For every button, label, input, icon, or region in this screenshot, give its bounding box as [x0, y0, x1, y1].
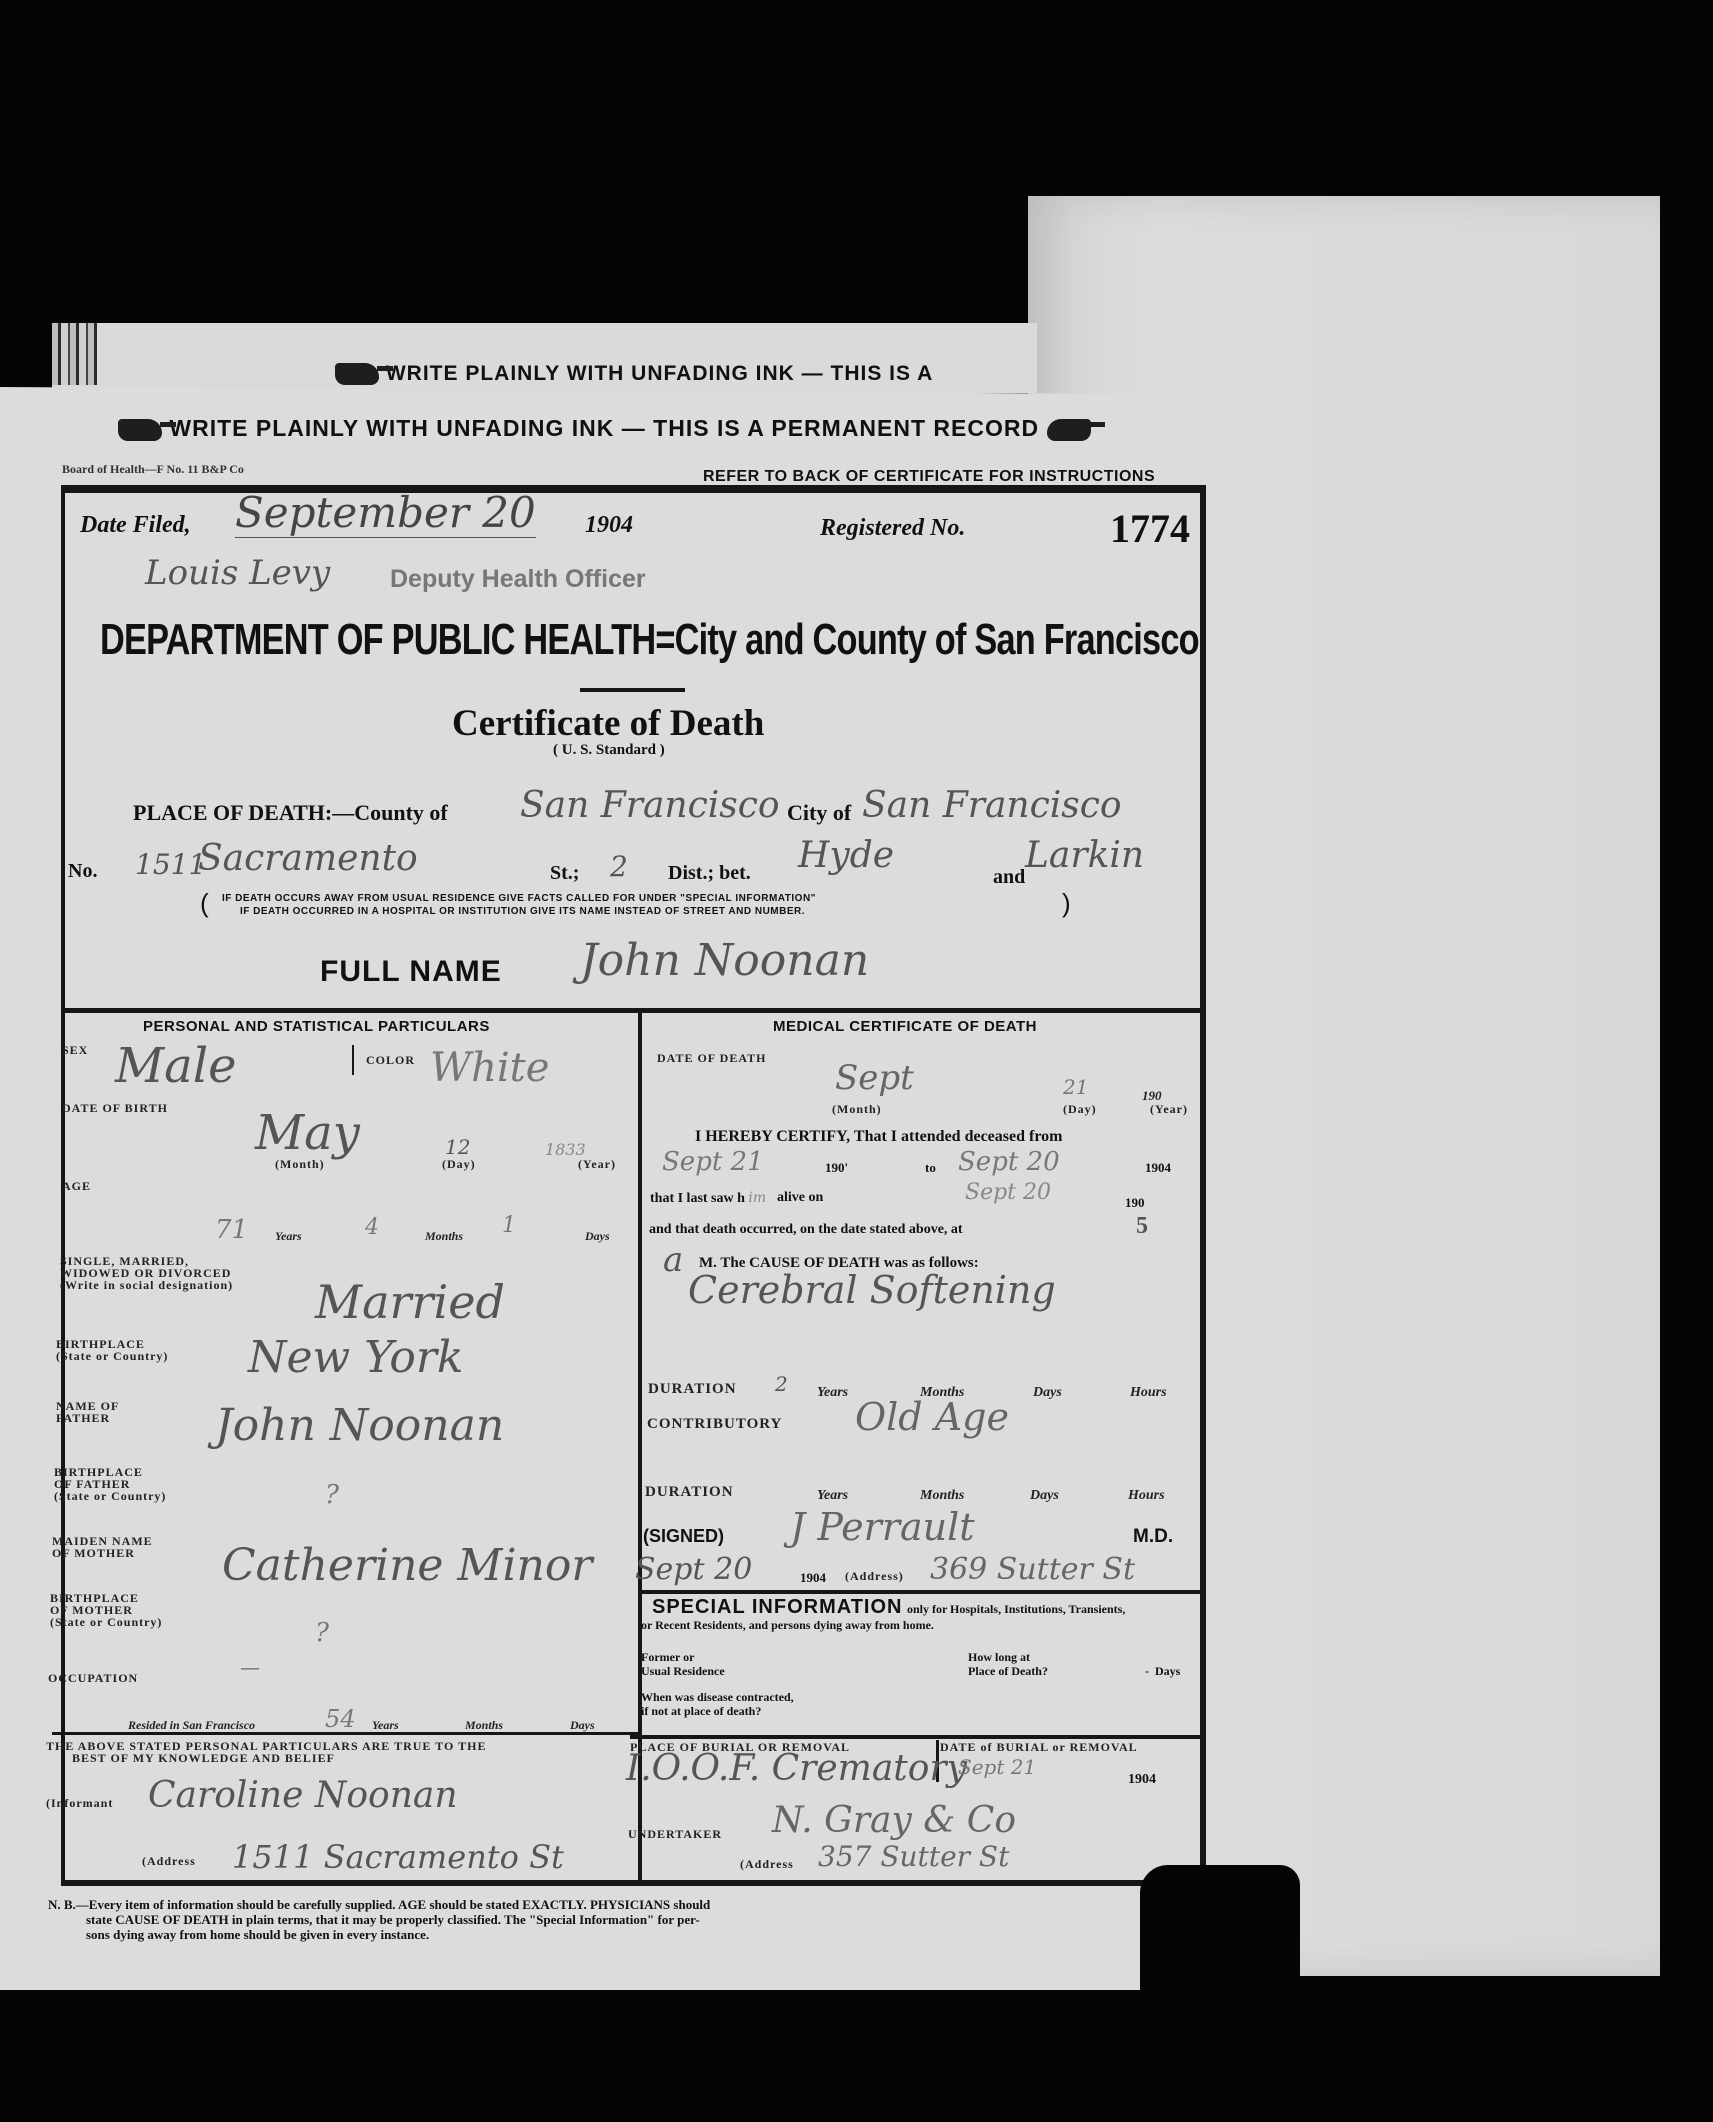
age-label: AGE: [62, 1180, 91, 1193]
attended-from: Sept 21: [662, 1147, 764, 1177]
pointing-hand-icon: [118, 419, 162, 441]
time-of-death: 5: [1136, 1213, 1148, 1240]
resided-label: Resided in San Francisco: [128, 1718, 255, 1733]
us-standard-label: ( U. S. Standard ): [553, 742, 665, 759]
resided-months-caption: Months: [465, 1718, 503, 1733]
dod-day-caption: (Day): [1063, 1103, 1097, 1116]
dob-day: 12: [445, 1135, 470, 1159]
occurred-text: and that death occurred, on the date sta…: [649, 1222, 963, 1238]
md-label: M.D.: [1133, 1526, 1173, 1548]
section-rule: [61, 1008, 1206, 1013]
informant-label: (Informant: [46, 1797, 113, 1810]
special-info-header: SPECIAL INFORMATION only for Hospitals, …: [652, 1596, 1125, 1619]
burial-date-label: DATE of BURIAL or REMOVAL: [940, 1741, 1138, 1754]
resided-days-caption: Days: [570, 1718, 595, 1733]
registered-no: 1774: [1110, 505, 1190, 552]
marital-value: Married: [315, 1275, 505, 1329]
cause-of-death: Cerebral Softening: [688, 1268, 1056, 1312]
duration2-label: DURATION: [645, 1486, 734, 1499]
dob-day-caption: (Day): [442, 1158, 476, 1171]
mother-name-label-2: OF MOTHER: [52, 1547, 135, 1560]
dob-year-caption: (Year): [578, 1158, 616, 1171]
pointing-hand-icon: [1047, 419, 1091, 441]
how-long-days-caption: Days: [1155, 1664, 1180, 1679]
date-filed-year: 1904: [585, 512, 633, 539]
duration2-years-caption: Years: [817, 1488, 848, 1504]
how-long-label-1: How long at: [968, 1650, 1030, 1665]
father-name-label-2: FATHER: [56, 1412, 110, 1425]
how-long-value: -: [1145, 1664, 1149, 1679]
form-right-border: [1200, 485, 1206, 1885]
physician-address: 369 Sutter St: [930, 1552, 1135, 1587]
signed-date: Sept 20: [635, 1552, 752, 1587]
form-top-border: [61, 485, 1206, 493]
permanent-record-banner: WRITE PLAINLY WITH UNFADING INK — THIS I…: [118, 415, 1091, 442]
contracted-label-2: if not at place of death?: [641, 1704, 761, 1719]
former-residence-label-1: Former or: [641, 1650, 694, 1665]
full-name-label: FULL NAME: [320, 955, 502, 989]
burial-rule: [630, 1735, 1203, 1739]
informant-rule: [52, 1732, 642, 1735]
date-filed-label: Date Filed,: [80, 512, 191, 539]
last-saw-date: Sept 20: [965, 1180, 1051, 1205]
physician-signature: J Perrault: [790, 1505, 975, 1549]
department-header: DEPARTMENT OF PUBLIC HEALTH=City and Cou…: [100, 615, 1199, 665]
last-saw-pronoun: im: [748, 1190, 766, 1206]
personal-section-title: PERSONAL AND STATISTICAL PARTICULARS: [143, 1018, 490, 1035]
county-value: San Francisco: [520, 785, 780, 826]
sex-label: SEX: [62, 1044, 88, 1057]
burial-place: I.O.O.F. Crematory: [626, 1748, 967, 1789]
footnote-line-2: state CAUSE OF DEATH in plain terms, tha…: [48, 1912, 710, 1927]
resided-years: 54: [325, 1705, 356, 1733]
contributory-label: CONTRIBUTORY: [647, 1418, 782, 1431]
street-value: Sacramento: [198, 838, 418, 879]
physician-address-label: (Address): [845, 1570, 904, 1583]
district-value: 2: [610, 850, 628, 883]
between-street-2: Larkin: [1025, 835, 1144, 876]
date-of-death-label: DATE OF DEATH: [657, 1052, 766, 1065]
duration2-months-caption: Months: [920, 1488, 964, 1504]
mother-name-value: Catherine Minor: [222, 1540, 592, 1591]
date-filed-value: September 20: [235, 488, 536, 538]
birthplace-label-2: (State or Country): [56, 1350, 168, 1363]
residence-note-line1: IF DEATH OCCURS AWAY FROM USUAL RESIDENC…: [222, 893, 816, 904]
undertaker-address: 357 Sutter St: [818, 1840, 1009, 1873]
duration-days-caption: Days: [1033, 1385, 1062, 1401]
sex-color-divider: [352, 1045, 354, 1075]
father-name-value: John Noonan: [215, 1400, 504, 1451]
refer-instructions-note: REFER TO BACK OF CERTIFICATE FOR INSTRUC…: [703, 468, 1155, 486]
resided-years-caption: Years: [372, 1718, 399, 1733]
date-of-death-month: Sept: [835, 1058, 914, 1098]
special-info-rule: [638, 1590, 1203, 1594]
age-years-caption: Years: [275, 1229, 302, 1244]
how-long-label-2: Place of Death?: [968, 1664, 1048, 1679]
informant-address-label: (Address: [142, 1855, 196, 1868]
dob-month-caption: (Month): [275, 1158, 325, 1171]
banner-text: WRITE PLAINLY WITH UNFADING INK — THIS I…: [169, 415, 1039, 441]
marital-label-3: (Write in social designation): [60, 1279, 233, 1292]
date-of-death-day: 21: [1063, 1075, 1088, 1099]
mother-birthplace-label-3: (State or Country): [50, 1616, 162, 1629]
special-info-subtitle-2: or Recent Residents, and persons dying a…: [641, 1618, 934, 1633]
street-suffix-label: St.;: [550, 862, 579, 885]
signed-year: 1904: [800, 1570, 826, 1586]
alive-on-label: alive on: [777, 1190, 823, 1206]
registered-no-label: Registered No.: [820, 515, 965, 542]
occupation-label: OCCUPATION: [48, 1672, 138, 1685]
place-of-death-label: PLACE OF DEATH:—County of: [133, 800, 448, 826]
duration-hours-caption: Hours: [1130, 1385, 1167, 1401]
dod-year-caption: (Year): [1150, 1103, 1188, 1116]
underlying-banner-text: WRITE PLAINLY WITH UNFADING INK — THIS I…: [386, 362, 933, 385]
health-officer-signature: Louis Levy: [145, 553, 330, 593]
pointing-hand-icon: [335, 363, 379, 385]
city-value: San Francisco: [862, 785, 1122, 826]
district-between-label: Dist.; bet.: [668, 862, 751, 885]
dob-month: May: [255, 1105, 360, 1161]
street-no-label: No.: [68, 860, 97, 883]
informant-name: Caroline Noonan: [148, 1775, 458, 1816]
birthplace-value: New York: [248, 1332, 464, 1383]
contributory-cause: Old Age: [855, 1395, 1009, 1439]
meridiem: a: [663, 1240, 683, 1280]
signed-label: (SIGNED): [643, 1526, 724, 1547]
last-saw-text: that I last saw h: [650, 1191, 745, 1206]
burial-date: Sept 21: [958, 1755, 1036, 1779]
footnote-line-3: sons dying away from home should be give…: [48, 1927, 710, 1942]
attended-to-year: 1904: [1145, 1160, 1171, 1176]
duration2-hours-caption: Hours: [1128, 1488, 1165, 1504]
street-no-value: 1511: [135, 848, 206, 881]
footnote-line-1: N. B.—Every item of information should b…: [48, 1897, 710, 1912]
duration-years-caption: Years: [817, 1385, 848, 1401]
informant-address: 1511 Sacramento St: [232, 1838, 564, 1876]
special-info-title: SPECIAL INFORMATION: [652, 1596, 902, 1618]
color-label: COLOR: [366, 1054, 415, 1067]
underlying-form-edges: [52, 323, 97, 385]
note-close-paren: ): [1062, 888, 1071, 919]
sex-value: Male: [115, 1038, 237, 1094]
city-label: City of: [787, 800, 851, 826]
special-info-subtitle-1: only for Hospitals, Institutions, Transi…: [907, 1602, 1125, 1616]
between-street-1: Hyde: [798, 835, 894, 876]
department-name: DEPARTMENT OF PUBLIC HEALTH: [100, 615, 655, 664]
father-birthplace-value: ?: [325, 1480, 339, 1510]
dod-month-caption: (Month): [832, 1103, 882, 1116]
occupation-value: —: [240, 1655, 260, 1679]
last-saw-year: 190: [1125, 1195, 1145, 1211]
attended-to-label: to: [925, 1160, 936, 1176]
and-label: and: [993, 866, 1025, 889]
dob-label: DATE OF BIRTH: [62, 1102, 168, 1115]
undertaker-name: N. Gray & Co: [772, 1800, 1016, 1841]
age-days: 1: [502, 1213, 516, 1238]
health-officer-title: Deputy Health Officer: [390, 565, 646, 594]
scan-shadow: [1140, 1865, 1300, 2005]
certify-text: I HEREBY CERTIFY, That I attended deceas…: [695, 1128, 1062, 1146]
duration-years: 2: [775, 1372, 788, 1396]
undertaker-label: UNDERTAKER: [628, 1828, 722, 1841]
informant-attest-2: BEST OF MY KNOWLEDGE AND BELIEF: [72, 1752, 335, 1765]
printer-line: Board of Health—F No. 11 B&P Co: [62, 462, 244, 477]
father-birthplace-label-3: (State or Country): [54, 1490, 166, 1503]
footnote: N. B.—Every item of information should b…: [48, 1897, 710, 1942]
age-months: 4: [365, 1215, 379, 1240]
medical-section-title: MEDICAL CERTIFICATE OF DEATH: [773, 1018, 1037, 1035]
burial-year: 1904: [1128, 1772, 1156, 1788]
attended-to: Sept 20: [958, 1147, 1060, 1177]
form-bottom-border: [61, 1880, 1206, 1886]
color-value: White: [430, 1045, 549, 1091]
age-years: 71: [215, 1215, 248, 1245]
last-saw-label: that I last saw h im: [650, 1190, 766, 1207]
age-months-caption: Months: [425, 1229, 463, 1244]
former-residence-label-2: Usual Residence: [641, 1664, 725, 1679]
residence-note-line2: IF DEATH OCCURRED IN A HOSPITAL OR INSTI…: [240, 906, 805, 917]
underlying-form-banner: WRITE PLAINLY WITH UNFADING INK — THIS I…: [335, 362, 933, 386]
note-open-paren: (: [200, 888, 209, 919]
age-days-caption: Days: [585, 1229, 610, 1244]
full-name-value: John Noonan: [580, 935, 869, 986]
certificate-title: Certificate of Death: [452, 702, 764, 745]
title-divider: [580, 688, 685, 692]
contracted-label-1: When was disease contracted,: [641, 1690, 794, 1705]
duration2-days-caption: Days: [1030, 1488, 1059, 1504]
undertaker-address-label: (Address: [740, 1858, 794, 1871]
attended-from-year: 190': [825, 1160, 848, 1176]
duration-label: DURATION: [648, 1383, 737, 1396]
mother-birthplace-value: ?: [315, 1618, 329, 1648]
jurisdiction-name: =City and County of San Francisco: [655, 615, 1198, 664]
